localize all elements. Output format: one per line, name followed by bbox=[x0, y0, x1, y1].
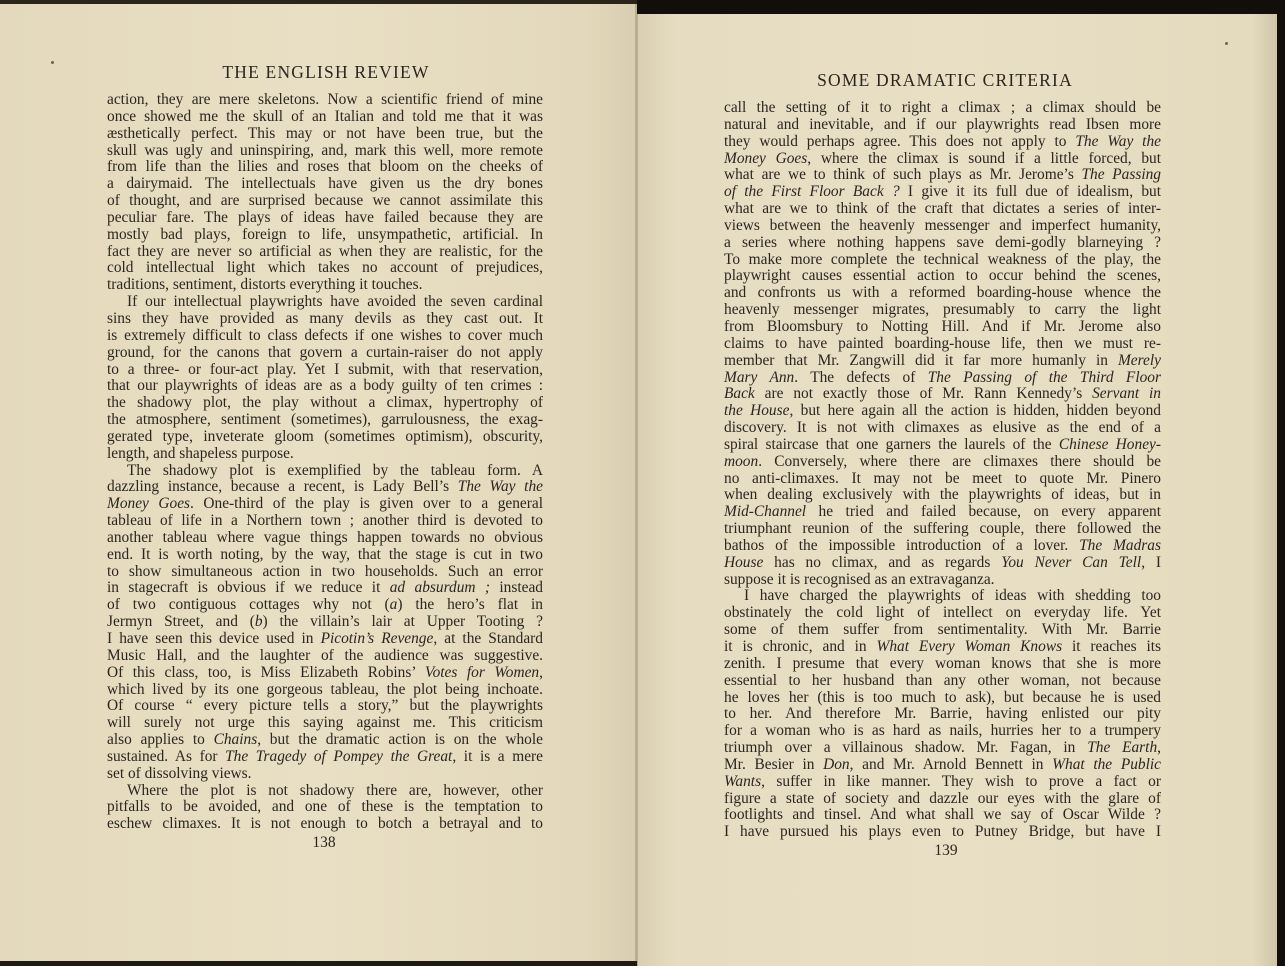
text-line: House has no climax, and as regards You … bbox=[724, 555, 1161, 572]
text-run: Mr. Besier in bbox=[724, 756, 823, 773]
text-line: playwright causes essential action to oc… bbox=[724, 268, 1161, 285]
text-line: traditions, sentiment, distorts everythi… bbox=[107, 277, 543, 294]
text-line: claims to have painted boarding-house li… bbox=[724, 336, 1161, 353]
text-line: to show simultaneous action in two house… bbox=[107, 564, 543, 581]
text-run: footlights and tinsel. And what shall we… bbox=[724, 806, 1161, 823]
italic-title: The Earth bbox=[1087, 739, 1157, 756]
text-run: obstinately the cold light of intellect … bbox=[724, 604, 1161, 621]
text-run: natural and inevitable, and if our playw… bbox=[724, 116, 1161, 133]
text-line: gerated type, inveterate gloom (sometime… bbox=[107, 429, 543, 446]
text-run: that our playwrights of ideas are as a b… bbox=[107, 377, 543, 394]
text-run: ) the hero’s flat in bbox=[397, 596, 543, 613]
text-line: from life than the lilies and roses that… bbox=[107, 159, 543, 176]
text-run: also applies to bbox=[107, 731, 214, 748]
italic-title: The Madras bbox=[1079, 537, 1161, 554]
text-line: cold intellectual light which takes no a… bbox=[107, 260, 543, 277]
text-run: end. It is worth noting, by the way, tha… bbox=[107, 546, 543, 563]
text-run: cold intellectual light which takes no a… bbox=[107, 259, 543, 276]
text-line: which lived by its one gorgeous tableau,… bbox=[107, 682, 543, 699]
text-line: of the First Floor Back ? I give it its … bbox=[724, 184, 1161, 201]
text-run: action, they are mere skeletons. Now a s… bbox=[107, 91, 543, 108]
italic-title: Votes for Women bbox=[425, 664, 539, 681]
text-line: from Bloomsbury to Notting Hill. And if … bbox=[724, 319, 1161, 336]
text-run: a series where nothing happens save demi… bbox=[724, 234, 1161, 251]
running-head-left: THE ENGLISH REVIEW bbox=[100, 62, 552, 83]
text-line: I have seen this device used in Picotin’… bbox=[107, 631, 543, 648]
text-line: I have pursued his plays even to Putney … bbox=[724, 824, 1161, 841]
italic-title: The Tragedy of Pompey the Great bbox=[225, 748, 452, 765]
text-line: views between the heavenly messenger and… bbox=[724, 218, 1161, 235]
italic-title: What Every Woman Knows bbox=[877, 638, 1063, 655]
text-run: gerated type, inveterate gloom (sometime… bbox=[107, 428, 543, 445]
text-line: is extremely difficult to class defects … bbox=[107, 328, 543, 345]
text-run: of thought, and are surprised because we… bbox=[107, 192, 543, 209]
text-run: from life than the lilies and roses that… bbox=[107, 158, 543, 175]
text-line: Music Hall, and the laughter of the audi… bbox=[107, 648, 543, 665]
text-run: no anti-climaxes. It may not be meet to … bbox=[724, 470, 1161, 487]
text-line: call the setting of it to right a climax… bbox=[724, 100, 1161, 117]
text-run: peculiar fare. The plays of ideas have f… bbox=[107, 209, 543, 226]
text-line: the shadowy plot, the play without a cli… bbox=[107, 395, 543, 412]
text-run: suppose it is recognised as an extravaga… bbox=[724, 571, 995, 588]
text-run: playwright causes essential action to oc… bbox=[724, 267, 1161, 284]
paper-speck bbox=[1225, 42, 1228, 45]
text-run: , bbox=[539, 664, 543, 681]
text-run: Of course “ every picture tells a story,… bbox=[107, 697, 543, 714]
text-line: footlights and tinsel. And what shall we… bbox=[724, 807, 1161, 824]
text-line: length, and shapeless purpose. bbox=[107, 446, 543, 463]
text-run: which lived by its one gorgeous tableau,… bbox=[107, 681, 543, 698]
italic-title: The Way the bbox=[1075, 133, 1161, 150]
text-line: I have charged the playwrights of ideas … bbox=[724, 588, 1161, 605]
text-line: member that Mr. Zangwill did it far more… bbox=[724, 353, 1161, 370]
text-run: for a woman who is as hard as nails, hur… bbox=[724, 722, 1161, 739]
text-line: the House, but here again all the action… bbox=[724, 403, 1161, 420]
text-run: traditions, sentiment, distorts everythi… bbox=[107, 276, 422, 293]
italic-title: Mary Ann bbox=[724, 369, 794, 386]
text-run: what are we to think of the craft that d… bbox=[724, 200, 1161, 217]
text-run: dazzling instance, because a recent, is … bbox=[107, 478, 458, 495]
italic-title: The Passing bbox=[1081, 166, 1161, 183]
text-line: dazzling instance, because a recent, is … bbox=[107, 479, 543, 496]
page-number-left: 138 bbox=[294, 834, 354, 852]
italic-title: Chinese Honey- bbox=[1059, 436, 1161, 453]
text-line: they would perhaps agree. This does not … bbox=[724, 134, 1161, 151]
text-line: what are we to think of such plays as Mr… bbox=[724, 167, 1161, 184]
text-run: , at the Standard bbox=[433, 630, 543, 647]
text-run: some of them suffer from sentimentality.… bbox=[724, 621, 1161, 638]
text-run: sustained. As for bbox=[107, 748, 225, 765]
text-run: Where the plot is not shadowy there are,… bbox=[127, 782, 543, 799]
text-line: to a three- or four-act play. Yet I subm… bbox=[107, 362, 543, 379]
italic-title: moon bbox=[724, 453, 758, 470]
text-run: , I bbox=[1141, 554, 1161, 571]
text-line: a series where nothing happens save demi… bbox=[724, 235, 1161, 252]
text-line: mostly bad plays, foreign to life, unsym… bbox=[107, 227, 543, 244]
text-run: Of this class, too, is Miss Elizabeth Ro… bbox=[107, 664, 425, 681]
text-run: from Bloomsbury to Notting Hill. And if … bbox=[724, 318, 1161, 335]
italic-title: b bbox=[255, 613, 263, 630]
text-run: it is chronic, and in bbox=[724, 638, 877, 655]
text-line: a dairymaid. The intellectuals have give… bbox=[107, 176, 543, 193]
text-line: Money Goes. One-third of the play is giv… bbox=[107, 496, 543, 513]
text-run: it reaches its bbox=[1062, 638, 1161, 655]
text-run: discovery. It is not with climaxes as el… bbox=[724, 419, 1161, 436]
text-line: of thought, and are surprised because we… bbox=[107, 193, 543, 210]
text-line: zenith. I presume that every woman knows… bbox=[724, 656, 1161, 673]
text-run: . The defects of bbox=[794, 369, 927, 386]
text-line: once showed me the skull of an Italian a… bbox=[107, 109, 543, 126]
text-line: that our playwrights of ideas are as a b… bbox=[107, 378, 543, 395]
text-line: the atmosphere, sentiment (sometimes), g… bbox=[107, 412, 543, 429]
text-line: Mid-Channel he tried and failed because,… bbox=[724, 504, 1161, 521]
italic-title: Chains bbox=[214, 731, 258, 748]
italic-title: Money Goes bbox=[724, 150, 807, 167]
text-run: a dairymaid. The intellectuals have give… bbox=[107, 175, 543, 192]
text-run: call the setting of it to right a climax… bbox=[724, 99, 1161, 116]
text-line: will surely not urge this saying against… bbox=[107, 715, 543, 732]
italic-title: Servant in bbox=[1092, 385, 1161, 402]
italic-title: You Never Can Tell bbox=[1001, 554, 1141, 571]
text-line: Back are not exactly those of Mr. Rann K… bbox=[724, 386, 1161, 403]
italic-title: Picotin’s Revenge bbox=[321, 630, 434, 647]
text-line: natural and inevitable, and if our playw… bbox=[724, 117, 1161, 134]
text-run: the shadowy plot, the play without a cli… bbox=[107, 394, 543, 411]
text-run: they would perhaps agree. This does not … bbox=[724, 133, 1075, 150]
italic-title: House bbox=[724, 554, 763, 571]
text-line: essential to her husband than any other … bbox=[724, 673, 1161, 690]
paper-speck bbox=[51, 61, 54, 64]
text-run: triumphant reunion of the suffering coup… bbox=[724, 520, 1161, 537]
text-line: Jermyn Street, and (b) the villain’s lai… bbox=[107, 614, 543, 631]
italic-title: the House bbox=[724, 402, 789, 419]
italic-title: What the Public bbox=[1052, 756, 1161, 773]
text-run: in stagecraft is obvious if we reduce it bbox=[107, 579, 390, 596]
text-run: , where the climax is sound if a little … bbox=[807, 150, 1161, 167]
text-line: it is chronic, and in What Every Woman K… bbox=[724, 639, 1161, 656]
text-line: in stagecraft is obvious if we reduce it… bbox=[107, 580, 543, 597]
text-line: Of course “ every picture tells a story,… bbox=[107, 698, 543, 715]
scan-border-top bbox=[637, 0, 1285, 14]
text-run: , but the dramatic action is on the whol… bbox=[257, 731, 543, 748]
text-run: ) the villain’s lair at Upper Tooting ? bbox=[263, 613, 543, 630]
text-line: sins they have provided as many devils a… bbox=[107, 311, 543, 328]
italic-title: Mid-Channel bbox=[724, 503, 806, 520]
text-run: he tried and failed because, on every ap… bbox=[806, 503, 1161, 520]
italic-title: Wants bbox=[724, 773, 761, 790]
text-line: also applies to Chains, but the dramatic… bbox=[107, 732, 543, 749]
text-run: what are we to think of such plays as Mr… bbox=[724, 166, 1081, 183]
text-line: Money Goes, where the climax is sound if… bbox=[724, 151, 1161, 168]
text-line: when dealing exclusively with the playwr… bbox=[724, 487, 1161, 504]
scan-border-top-left bbox=[0, 0, 637, 4]
text-run: he loves her (this is too much to ask), … bbox=[724, 689, 1161, 706]
text-line: of two contiguous cottages why not (a) t… bbox=[107, 597, 543, 614]
text-run: has no climax, and as regards bbox=[763, 554, 1001, 571]
text-run: once showed me the skull of an Italian a… bbox=[107, 108, 543, 125]
text-run: to show simultaneous action in two house… bbox=[107, 563, 543, 580]
text-line: triumph over a villainous shadow. Mr. Fa… bbox=[724, 740, 1161, 757]
text-run: to a three- or four-act play. Yet I subm… bbox=[107, 361, 543, 378]
text-line: æsthetically perfect. This may or not ha… bbox=[107, 126, 543, 143]
italic-title: Money Goes bbox=[107, 495, 190, 512]
italic-title: of the First Floor Back ? bbox=[724, 183, 900, 200]
text-run: heavenly messenger migrates, presumably … bbox=[724, 301, 1161, 318]
italic-title: ad absurdum ; bbox=[390, 579, 490, 596]
text-run: . Conversely, where there are climaxes t… bbox=[758, 453, 1161, 470]
text-line: what are we to think of the craft that d… bbox=[724, 201, 1161, 218]
right-page-body-text: call the setting of it to right a climax… bbox=[724, 100, 1161, 841]
text-line: peculiar fare. The plays of ideas have f… bbox=[107, 210, 543, 227]
text-line: sustained. As for The Tragedy of Pompey … bbox=[107, 749, 543, 766]
text-line: for a woman who is as hard as nails, hur… bbox=[724, 723, 1161, 740]
book-spread: THE ENGLISH REVIEW action, they are mere… bbox=[0, 0, 1285, 966]
text-run: If our intellectual playwrights have avo… bbox=[127, 293, 543, 310]
text-line: and confronts us with a reformed boardin… bbox=[724, 285, 1161, 302]
text-line: To make more complete the technical weak… bbox=[724, 252, 1161, 269]
italic-title: The Passing of the Third Floor bbox=[928, 369, 1161, 386]
text-run: member that Mr. Zangwill did it far more… bbox=[724, 352, 1118, 369]
text-run: and confronts us with a reformed boardin… bbox=[724, 284, 1161, 301]
text-run: when dealing exclusively with the playwr… bbox=[724, 486, 1161, 503]
text-run: sins they have provided as many devils a… bbox=[107, 310, 543, 327]
text-run: views between the heavenly messenger and… bbox=[724, 217, 1161, 234]
text-run: Music Hall, and the laughter of the audi… bbox=[107, 647, 543, 664]
italic-title: Don bbox=[823, 756, 850, 773]
text-line: end. It is worth noting, by the way, tha… bbox=[107, 547, 543, 564]
text-line: pitfalls to be avoided, and one of these… bbox=[107, 799, 543, 816]
text-line: Mary Ann. The defects of The Passing of … bbox=[724, 370, 1161, 387]
scan-border-right bbox=[1277, 0, 1285, 966]
text-line: ground, for the canons that govern a cur… bbox=[107, 345, 543, 362]
text-run: The shadowy plot is exemplified by the t… bbox=[127, 462, 543, 479]
book-gutter bbox=[635, 0, 638, 966]
text-run: zenith. I presume that every woman knows… bbox=[724, 655, 1161, 672]
text-line: Wants, suffer in like manner. They wish … bbox=[724, 774, 1161, 791]
left-page-body-text: action, they are mere skeletons. Now a s… bbox=[107, 92, 543, 833]
text-line: to her. And therefore Mr. Barrie, having… bbox=[724, 706, 1161, 723]
text-line: fact they are never so artificial as whe… bbox=[107, 244, 543, 261]
text-run: æsthetically perfect. This may or not ha… bbox=[107, 125, 543, 142]
text-run: eschew climaxes. It is not enough to bot… bbox=[107, 815, 543, 832]
text-run: fact they are never so artificial as whe… bbox=[107, 243, 543, 260]
text-run: are not exactly those of Mr. Rann Kenned… bbox=[755, 385, 1092, 402]
text-run: tableau of life in a Northern town ; ano… bbox=[107, 512, 543, 529]
text-line: bathos of the impossible introduction of… bbox=[724, 538, 1161, 555]
text-line: Mr. Besier in Don, and Mr. Arnold Bennet… bbox=[724, 757, 1161, 774]
text-run: . One-third of the play is given over to… bbox=[190, 495, 543, 512]
text-line: Where the plot is not shadowy there are,… bbox=[107, 783, 543, 800]
text-run: I have charged the playwrights of ideas … bbox=[744, 587, 1161, 604]
page-number-right: 139 bbox=[916, 842, 976, 860]
text-run: bathos of the impossible introduction of… bbox=[724, 537, 1079, 554]
text-line: eschew climaxes. It is not enough to bot… bbox=[107, 816, 543, 833]
text-line: no anti-climaxes. It may not be meet to … bbox=[724, 471, 1161, 488]
text-run: I give it its full due of idealism, but bbox=[900, 183, 1161, 200]
text-run: Jermyn Street, and ( bbox=[107, 613, 255, 630]
text-line: triumphant reunion of the suffering coup… bbox=[724, 521, 1161, 538]
text-line: action, they are mere skeletons. Now a s… bbox=[107, 92, 543, 109]
text-run: skull was ugly and uninspiring, and, mar… bbox=[107, 142, 543, 159]
text-run: essential to her husband than any other … bbox=[724, 672, 1161, 689]
italic-title: The Way the bbox=[458, 478, 543, 495]
text-line: heavenly messenger migrates, presumably … bbox=[724, 302, 1161, 319]
text-run: to her. And therefore Mr. Barrie, having… bbox=[724, 705, 1161, 722]
text-run: is extremely difficult to class defects … bbox=[107, 327, 543, 344]
text-line: moon. Conversely, where there are climax… bbox=[724, 454, 1161, 471]
text-line: Of this class, too, is Miss Elizabeth Ro… bbox=[107, 665, 543, 682]
text-line: The shadowy plot is exemplified by the t… bbox=[107, 463, 543, 480]
text-run: , suffer in like manner. They wish to pr… bbox=[761, 773, 1161, 790]
text-run: length, and shapeless purpose. bbox=[107, 445, 294, 462]
text-run: pitfalls to be avoided, and one of these… bbox=[107, 798, 543, 815]
text-run: , it is a mere bbox=[452, 748, 543, 765]
text-run: instead bbox=[490, 579, 543, 596]
text-run: triumph over a villainous shadow. Mr. Fa… bbox=[724, 739, 1087, 756]
text-line: another tableau where vague things happe… bbox=[107, 530, 543, 547]
text-run: To make more complete the technical weak… bbox=[724, 251, 1161, 268]
text-run: ground, for the canons that govern a cur… bbox=[107, 344, 543, 361]
italic-title: Back bbox=[724, 385, 755, 402]
text-run: , bbox=[1157, 739, 1161, 756]
text-line: spiral staircase that one garners the la… bbox=[724, 437, 1161, 454]
text-run: claims to have painted boarding-house li… bbox=[724, 335, 1161, 352]
text-line: he loves her (this is too much to ask), … bbox=[724, 690, 1161, 707]
text-line: discovery. It is not with climaxes as el… bbox=[724, 420, 1161, 437]
text-run: , but here again all the action is hidde… bbox=[789, 402, 1161, 419]
text-run: figure a state of society and dazzle our… bbox=[724, 790, 1161, 807]
text-run: I have pursued his plays even to Putney … bbox=[724, 823, 1161, 840]
text-run: will surely not urge this saying against… bbox=[107, 714, 543, 731]
text-run: I have seen this device used in bbox=[107, 630, 321, 647]
text-run: set of dissolving views. bbox=[107, 765, 252, 782]
scan-border-bottom bbox=[0, 961, 637, 966]
text-line: skull was ugly and uninspiring, and, mar… bbox=[107, 143, 543, 160]
text-run: spiral staircase that one garners the la… bbox=[724, 436, 1059, 453]
text-line: obstinately the cold light of intellect … bbox=[724, 605, 1161, 622]
text-run: mostly bad plays, foreign to life, unsym… bbox=[107, 226, 543, 243]
text-run: the atmosphere, sentiment (sometimes), g… bbox=[107, 411, 543, 428]
text-run: another tableau where vague things happe… bbox=[107, 529, 543, 546]
text-run: , and Mr. Arnold Bennett in bbox=[850, 756, 1053, 773]
text-line: suppose it is recognised as an extravaga… bbox=[724, 572, 1161, 589]
text-line: some of them suffer from sentimentality.… bbox=[724, 622, 1161, 639]
text-line: tableau of life in a Northern town ; ano… bbox=[107, 513, 543, 530]
text-line: set of dissolving views. bbox=[107, 766, 543, 783]
text-run: of two contiguous cottages why not ( bbox=[107, 596, 390, 613]
text-line: figure a state of society and dazzle our… bbox=[724, 791, 1161, 808]
text-line: If our intellectual playwrights have avo… bbox=[107, 294, 543, 311]
italic-title: Merely bbox=[1118, 352, 1161, 369]
running-head-right: SOME DRAMATIC CRITERIA bbox=[720, 70, 1170, 91]
